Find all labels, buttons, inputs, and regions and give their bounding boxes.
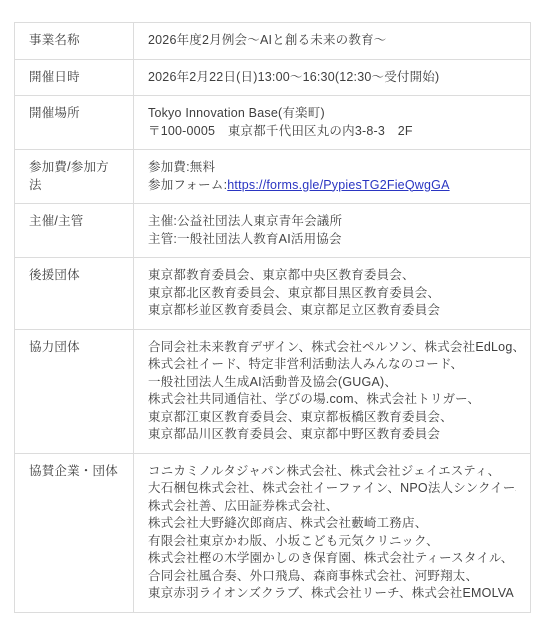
- cell-line: 東京赤羽ライオンズクラブ、株式会社リーチ、株式会社EMOLVA: [148, 585, 516, 603]
- cell-line: 2026年度2月例会〜AIと創る未来の教育〜: [148, 32, 516, 50]
- table-row-sponsors: 協賛企業・団体 コニカミノルタジャパン株式会社、株式会社ジェイエスティ、 大石梱…: [15, 453, 531, 612]
- table-row-supporting-organizations: 後援団体 東京都教育委員会、東京都中央区教育委員会、 東京都北区教育委員会、東京…: [15, 258, 531, 330]
- cell-line: 株式会社イード、特定非営利活動法人みんなのコード、: [148, 356, 516, 374]
- row-value-sponsors: コニカミノルタジャパン株式会社、株式会社ジェイエスティ、 大石梱包株式会社、株式…: [134, 453, 531, 612]
- cell-line: 株式会社善、広田証券株式会社、: [148, 498, 516, 516]
- row-value-cooperating-organizations: 合同会社未来教育デザイン、株式会社ペルソン、株式会社EdLog、 株式会社イード…: [134, 329, 531, 453]
- row-label-supporting-organizations: 後援団体: [15, 258, 134, 330]
- registration-form-link[interactable]: https://forms.gle/PypiesTG2FieQwgGA: [227, 178, 449, 192]
- cell-line: 参加フォーム:https://forms.gle/PypiesTG2FieQwg…: [148, 177, 516, 195]
- cell-line: Tokyo Innovation Base(有楽町): [148, 105, 516, 123]
- cell-line: 東京都江東区教育委員会、東京都板橋区教育委員会、: [148, 409, 516, 427]
- cell-line: 〒100-0005 東京都千代田区丸の内3-8-3 2F: [148, 123, 516, 141]
- cell-line: 参加費:無料: [148, 159, 516, 177]
- row-value-fee-registration: 参加費:無料 参加フォーム:https://forms.gle/PypiesTG…: [134, 150, 531, 204]
- row-label-cooperating-organizations: 協力団体: [15, 329, 134, 453]
- table-row-venue: 開催場所 Tokyo Innovation Base(有楽町) 〒100-000…: [15, 96, 531, 150]
- cell-line: 東京都北区教育委員会、東京都目黒区教育委員会、: [148, 285, 516, 303]
- cell-line: 東京都品川区教育委員会、東京都中野区教育委員会: [148, 426, 516, 444]
- table-row-cooperating-organizations: 協力団体 合同会社未来教育デザイン、株式会社ペルソン、株式会社EdLog、 株式…: [15, 329, 531, 453]
- row-value-project-name: 2026年度2月例会〜AIと創る未来の教育〜: [134, 23, 531, 60]
- table-row-project-name: 事業名称 2026年度2月例会〜AIと創る未来の教育〜: [15, 23, 531, 60]
- event-info-table: 事業名称 2026年度2月例会〜AIと創る未来の教育〜 開催日時 2026年2月…: [14, 22, 531, 613]
- cell-line: 株式会社共同通信社、学びの場.com、株式会社トリガー、: [148, 391, 516, 409]
- table-row-organizer: 主催/主管 主催:公益社団法人東京青年会議所 主管:一般社団法人教育AI活用協会: [15, 204, 531, 258]
- cell-line: 合同会社未来教育デザイン、株式会社ペルソン、株式会社EdLog、: [148, 339, 516, 357]
- row-label-venue: 開催場所: [15, 96, 134, 150]
- table-row-date-time: 開催日時 2026年2月22日(日)13:00〜16:30(12:30〜受付開始…: [15, 59, 531, 96]
- cell-line: 主管:一般社団法人教育AI活用協会: [148, 231, 516, 249]
- row-value-date-time: 2026年2月22日(日)13:00〜16:30(12:30〜受付開始): [134, 59, 531, 96]
- cell-line: 東京都杉並区教育委員会、東京都足立区教育委員会: [148, 302, 516, 320]
- cell-line: 一般社団法人生成AI活動普及協会(GUGA)、: [148, 374, 516, 392]
- cell-line: 有限会社東京かわ版、小坂こども元気クリニック、: [148, 533, 516, 551]
- row-value-organizer: 主催:公益社団法人東京青年会議所 主管:一般社団法人教育AI活用協会: [134, 204, 531, 258]
- row-label-date-time: 開催日時: [15, 59, 134, 96]
- cell-line: 東京都教育委員会、東京都中央区教育委員会、: [148, 267, 516, 285]
- row-label-fee-registration: 参加費/参加方法: [15, 150, 134, 204]
- form-link-prefix: 参加フォーム:: [148, 178, 227, 192]
- cell-line: 大石梱包株式会社、株式会社イーファイン、NPO法人シンクイー、: [148, 480, 516, 498]
- row-label-project-name: 事業名称: [15, 23, 134, 60]
- row-label-sponsors: 協賛企業・団体: [15, 453, 134, 612]
- cell-line: 株式会社大野縫次郎商店、株式会社藪崎工務店、: [148, 515, 516, 533]
- cell-line: 合同会社風合奏、外口飛鳥、森商事株式会社、河野翔太、: [148, 568, 516, 586]
- event-info-page: 事業名称 2026年度2月例会〜AIと創る未来の教育〜 開催日時 2026年2月…: [0, 0, 557, 640]
- row-value-venue: Tokyo Innovation Base(有楽町) 〒100-0005 東京都…: [134, 96, 531, 150]
- cell-line: コニカミノルタジャパン株式会社、株式会社ジェイエスティ、: [148, 463, 516, 481]
- cell-line: 主催:公益社団法人東京青年会議所: [148, 213, 516, 231]
- cell-line: 株式会社樫の木学園かしのき保育園、株式会社ティースタイル、: [148, 550, 516, 568]
- row-value-supporting-organizations: 東京都教育委員会、東京都中央区教育委員会、 東京都北区教育委員会、東京都目黒区教…: [134, 258, 531, 330]
- cell-line: 2026年2月22日(日)13:00〜16:30(12:30〜受付開始): [148, 69, 516, 87]
- table-row-fee-registration: 参加費/参加方法 参加費:無料 参加フォーム:https://forms.gle…: [15, 150, 531, 204]
- row-label-organizer: 主催/主管: [15, 204, 134, 258]
